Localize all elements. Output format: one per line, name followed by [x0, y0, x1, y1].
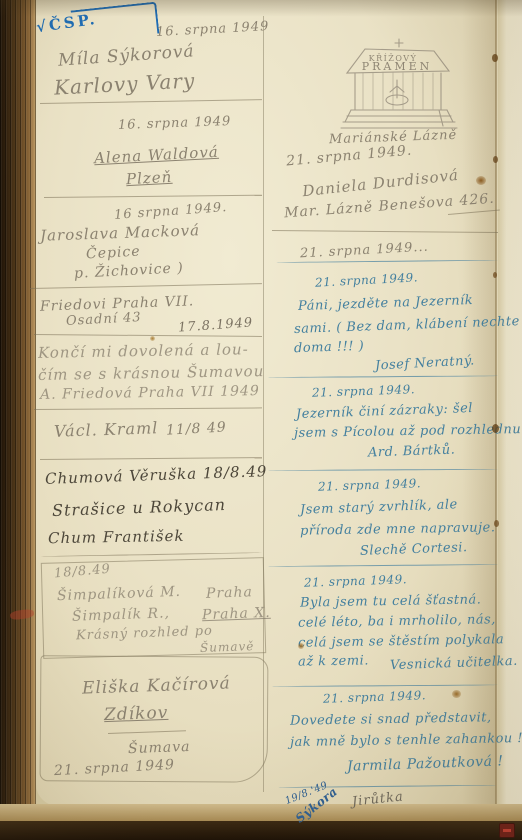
entry-signature: Ard. Bártků.	[368, 442, 456, 460]
entry-text-line: Jsem starý zvrhlík, ale	[300, 497, 458, 517]
entry-date: 18/8.49	[53, 562, 111, 582]
entry-place: Čepice	[86, 244, 141, 263]
entry-name-2: Šimpalík R.,	[72, 605, 170, 624]
entry-text-line: doma !!! )	[294, 339, 365, 356]
entry-region: Šumava	[128, 739, 191, 757]
entry-text-line: Byla jsem tu celá šťastná.	[300, 592, 482, 610]
entry-text-line: Dovedete si snad představit,	[290, 710, 492, 729]
guestbook-entry: 21. srpna 1949. Byla jsem tu celá šťastn…	[292, 570, 505, 682]
entry-date: 16. srpna 1949	[156, 19, 270, 40]
spring-drawing: KŘÍŽOVÝ PRAMEN Mariánské Lázně	[335, 38, 467, 148]
guestbook-entry: 16. srpna 1949 Míla Sýkorová Karlovy Var…	[38, 14, 264, 106]
entry-place: Plzeň	[126, 168, 173, 188]
entry-text-line: až k zemi.	[298, 653, 369, 669]
entry-signature: Jarmila Pažoutková !	[347, 753, 504, 774]
entry-name-2: Chum František	[48, 527, 185, 547]
entry-date: 16 srpna 1949.	[114, 200, 228, 223]
guestbook-entry: 21. srpna 1949. Daniela Durdisová Mar. L…	[282, 146, 504, 220]
guestbook-entry: 21. srpna 1949. Jezerník činí zázraky: š…	[290, 382, 505, 468]
entry-place: Praha	[206, 584, 253, 602]
guestbook-entry: Chumová Věruška 18/8.49 Strašice u Rokyc…	[40, 460, 264, 560]
entry-text-line: sami. ( Bez dam, klábení nechte	[294, 314, 520, 337]
entry-place: Strašice u Rokycan	[52, 495, 227, 520]
entry-date: 11/8 49	[166, 419, 227, 438]
entry-text-line: Krásný rozhled po	[76, 624, 213, 644]
guestbook-entry: 16 srpna 1949. Jaroslava Macková Čepice …	[38, 200, 264, 290]
entry-date: 21. srpna 1949	[54, 757, 176, 779]
entry-date: 21. srpna 1949.	[315, 270, 419, 289]
guestbook-entry: 16. srpna 1949 Alena Waldová Plzeň	[38, 108, 264, 198]
footer-notes: 19/8.'49 Sýkora Jirůtka	[278, 784, 458, 834]
entry-signature: A. Friedová Praha VII 1949	[40, 383, 260, 403]
entry-place-2: Praha X.	[202, 605, 271, 623]
entry-place: Karlovy Vary	[53, 68, 195, 99]
entry-text-line: Páni, jezděte na Jezerník	[298, 293, 474, 314]
entry-address: Osadní 43	[66, 310, 142, 329]
entry-date: 21. srpna 1949.	[312, 382, 415, 400]
entry-text-line: příroda zde mne napravuje.	[300, 520, 496, 538]
entry-text-line: čím se s krásnou Šumavou	[38, 362, 265, 384]
entry-text-line: celá jsem se štěstím polykala	[298, 632, 504, 651]
entry-date: 21. srpna 1949.	[286, 143, 413, 170]
entry-name: Alena Waldová	[94, 143, 220, 168]
entry-date: 16. srpna 1949	[118, 114, 232, 133]
entry-signature: Josef Neratný.	[375, 353, 475, 373]
entry-date: 21. srpna 1949.	[318, 476, 421, 494]
book-binding	[0, 0, 36, 840]
drawing-label-line2: PRAMEN	[362, 60, 433, 73]
entry-text-line: Šumavě	[200, 639, 255, 655]
red-minus-badge-icon	[499, 823, 515, 838]
guestbook-entry: 21. srpna 1949. Dovedete si snad předsta…	[285, 688, 505, 784]
guestbook-entry: Eliška Kačírová Zdíkov Šumava 21. srpna …	[40, 656, 266, 780]
entry-signature: Slechě Cortesi.	[360, 540, 468, 559]
krizovy-pramen-sketch-icon: KŘÍŽOVÝ PRAMEN	[335, 38, 463, 130]
entry-name: Eliška Kačírová	[82, 673, 231, 698]
guestbook-scan: √ČSP. 16. srpna 1949 Míla Sýkorová Karlo…	[0, 0, 522, 840]
entry-date: 21. srpna 1949.	[304, 572, 407, 590]
entry-name: Jaroslava Macková	[40, 221, 201, 245]
guestbook-entry: Václ. Kraml 11/8 49	[40, 412, 262, 452]
entry-date: 17.8.1949	[178, 315, 254, 335]
entry-place-2: p. Žichovice )	[74, 260, 184, 282]
guestbook-entry: 21. srpna 1949. Jsem starý zvrhlík, ale …	[292, 474, 505, 566]
entry-text-line: jsem s Pícolou až pod rozhlednu.	[294, 422, 522, 441]
entry-date: 21. srpna 1949.	[323, 688, 426, 706]
guestbook-entry: 21. srpna 1949. Páni, jezděte na Jezerní…	[290, 268, 505, 376]
entry-name: Šimpalíková M.	[57, 584, 181, 604]
minus-glyph	[503, 829, 511, 832]
guestbook-entry: 18/8.49 Šimpalíková M. Praha Šimpalík R.…	[42, 560, 263, 654]
entry-text-line: Končí mi dovolená a lou-	[38, 340, 249, 362]
entry-text-line: jak mně bylo s tenhle zahankou !!	[290, 731, 522, 750]
entry-name: Chumová Věruška 18/8.49	[45, 462, 268, 488]
footer-note-pencil: Jirůtka	[351, 789, 404, 809]
guestbook-entry: Friedovi Praha VII. Osadní 43 17.8.1949 …	[30, 292, 266, 410]
entry-text-line: Jezerník činí zázraky: šel	[296, 401, 473, 422]
underline	[448, 209, 500, 215]
entry-place: Zdíkov	[104, 703, 169, 725]
underline	[108, 730, 186, 734]
entry-name: Míla Sýkorová	[57, 41, 195, 70]
entry-name: Václ. Kraml	[54, 418, 159, 441]
entry-text-line: celé léto, ba i mrholilo, nás,	[298, 612, 496, 630]
entry-signature: Vesnická učitelka.	[390, 654, 518, 673]
